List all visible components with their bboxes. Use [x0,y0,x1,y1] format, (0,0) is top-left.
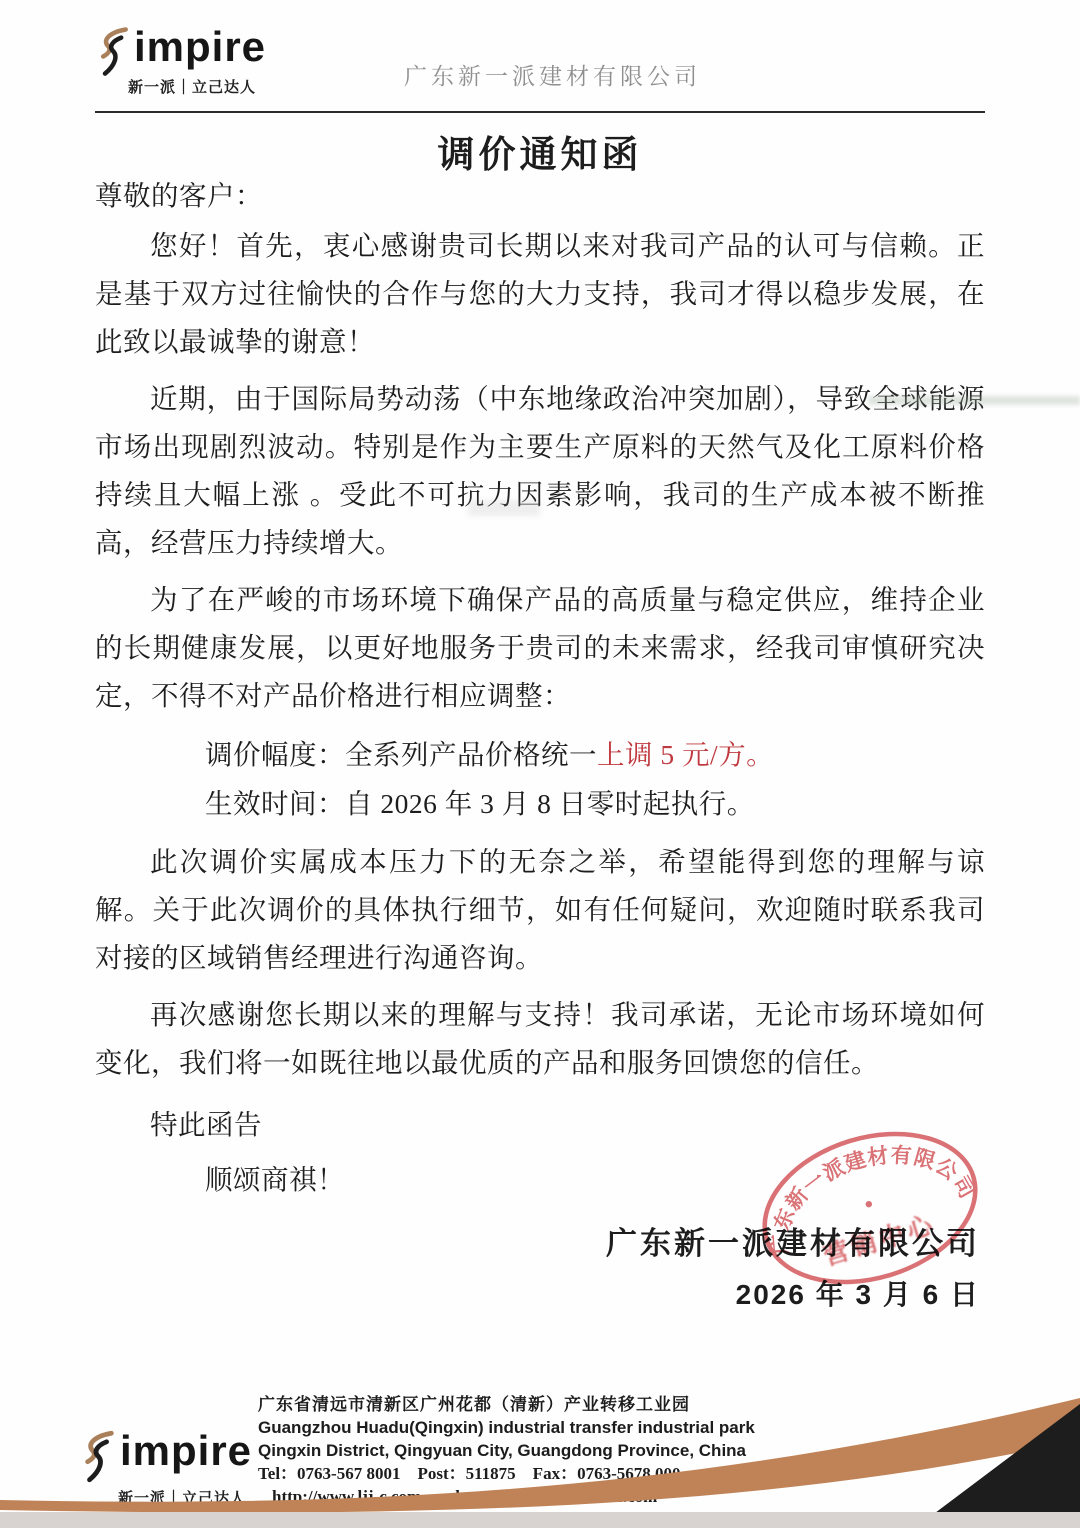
paragraph: 近期，由于国际局势动荡（中东地缘政治冲突加剧），导致全球能源市场出现剧烈波动。特… [95,375,985,567]
price-terms: 调价幅度：全系列产品价格统一上调 5 元/方。 生效时间：自 2026 年 3 … [205,730,985,828]
logo-flame-icon [96,26,132,78]
scan-smudge [868,396,1080,405]
paragraph: 此次调价实属成本压力下的无奈之举，希望能得到您的理解与谅解。关于此次调价的具体执… [95,838,985,982]
photo-edge-strip [0,1512,1080,1528]
salutation: 尊敬的客户： [95,172,985,220]
logo-wordmark: impire [134,26,266,68]
swoosh-band [0,1398,1080,1513]
logo-tagline: 新一派｜立己达人 [128,76,256,97]
letter-page: impire 新一派｜立己达人 广东新一派建材有限公司 调价通知函 尊敬的客户：… [0,0,1080,1528]
price-adjustment-label: 调价幅度：全系列产品价格统一 [205,739,597,770]
company-seal-stamp: 广东新一派建材有限公司 营销中心 [738,1112,1002,1304]
page-title: 调价通知函 [0,124,1080,178]
price-adjustment-highlight: 上调 5 元/方。 [597,739,774,770]
effective-date-line: 生效时间：自 2026 年 3 月 8 日零时起执行。 [205,779,985,828]
scan-smudge [468,500,540,516]
paragraph: 为了在严峻的市场环境下确保产品的高质量与稳定供应，维持企业的长期健康发展，以更好… [95,576,985,720]
header-company-name: 广东新一派建材有限公司 [404,58,701,91]
stamp-center-dot [865,1200,873,1208]
paragraph: 您好！首先，衷心感谢贵司长期以来对我司产品的认可与信赖。正是基于双方过往愉快的合… [95,222,985,366]
price-adjustment-line: 调价幅度：全系列产品价格统一上调 5 元/方。 [205,730,985,779]
header-divider [95,111,985,113]
paragraph: 再次感谢您长期以来的理解与支持！我司承诺，无论市场环境如何变化，我们将一如既往地… [95,991,985,1087]
company-logo: impire [96,26,266,78]
letter-body: 尊敬的客户： 您好！首先，衷心感谢贵司长期以来对我司产品的认可与信赖。正是基于双… [95,172,985,1211]
footer-swoosh-graphic [0,1328,1080,1528]
